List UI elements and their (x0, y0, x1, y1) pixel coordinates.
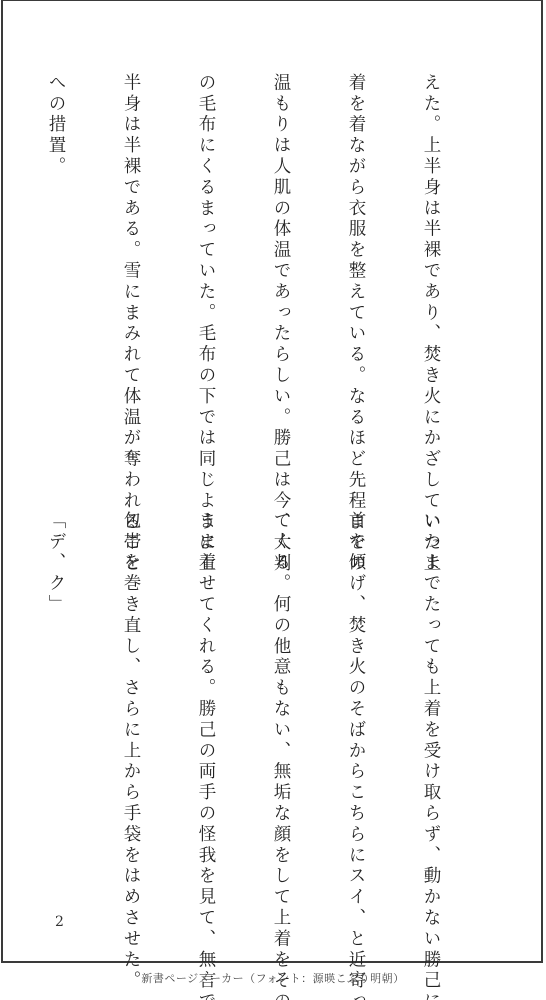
footer-caption: 新書ページメーカー（フォント：源暎こぶり明朝） (0, 970, 546, 986)
text-line: まま着せてくれる。勝己の両手の怪我を見て、無言で (193, 511, 218, 891)
text-line: えた。上半身は半裸であり、焚き火にかざしていた上 (418, 73, 443, 453)
text-line: 半身は半裸である。雪にまみれて体温が奪われること (118, 73, 143, 453)
text-line: の毛布にくるまっていた。毛布の下では同じように上 (193, 73, 218, 453)
page-number: 2 (55, 914, 64, 930)
text-line: 着を着ながら衣服を整えている。なるほど先程までの (343, 73, 368, 453)
text-line: 包帯を巻き直し、さらに上から手袋をはめさせた。 (118, 511, 143, 891)
text-line: いつまでたっても上着を受け取らず、動かない勝己に (418, 511, 443, 891)
book-page: えた。上半身は半裸であり、焚き火にかざしていた上 着を着ながら衣服を整えている。… (1, 0, 543, 963)
text-block-top: えた。上半身は半裸であり、焚き火にかざしていた上 着を着ながら衣服を整えている。… (0, 73, 493, 453)
text-line: てくる。何の他意もない、無垢な顔をして上着をその (268, 511, 293, 891)
text-line: 温もりは人肌の体温であったらしい。勝己は今、大判 (268, 73, 293, 453)
text-line: 首を傾げ、焚き火のそばからこちらにスイ、と近寄っ (343, 511, 368, 891)
text-line: への措置。 (43, 73, 68, 453)
text-block-bottom: いつまでたっても上着を受け取らず、動かない勝己に 首を傾げ、焚き火のそばからこち… (0, 511, 493, 891)
text-line: 「デ、ク」 (43, 511, 68, 891)
